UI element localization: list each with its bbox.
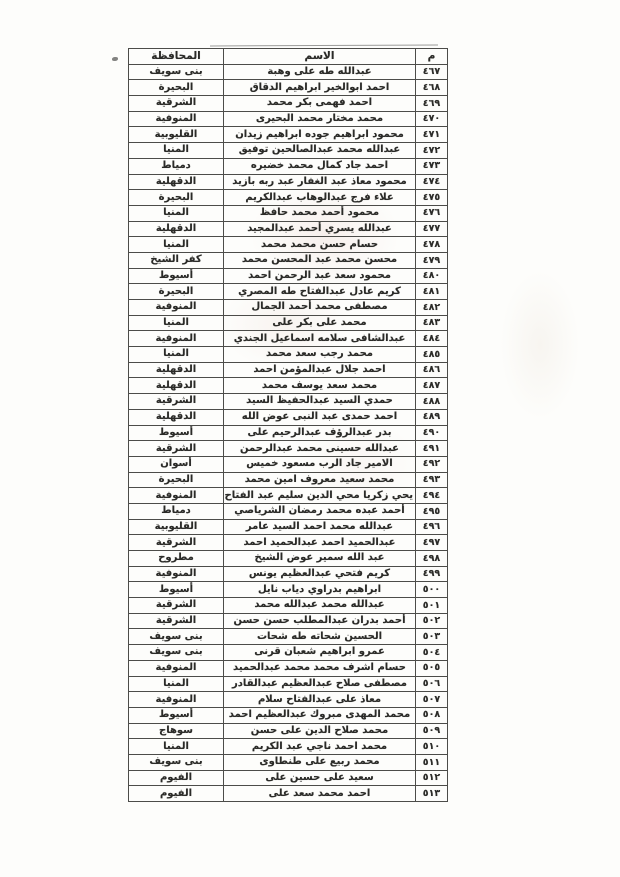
table-row: ٤٨١كريم عادل عبدالفتاح طه المصريالبحيرة	[129, 284, 448, 300]
cell-num: ٤٨٣	[416, 315, 448, 331]
cell-name: سعيد على حسين على	[224, 770, 416, 786]
cell-name: مصطفى محمد أحمد الجمال	[224, 300, 416, 316]
table-row: ٤٨٣محمد على بكر علىالمنيا	[129, 315, 448, 331]
cell-name: حسام اشرف محمد محمد عبدالحميد	[224, 660, 416, 676]
cell-gov: بنى سويف	[129, 645, 224, 661]
cell-name: محمد رجب سعد محمد	[224, 347, 416, 363]
cell-gov: أسيوط	[129, 582, 224, 598]
cell-name: احمد محمد سعد على	[224, 786, 416, 802]
cell-num: ٤٨١	[416, 284, 448, 300]
roster-table-container: م الاسم المحافظة ٤٦٧عبدالله طه على وهبةب…	[128, 48, 447, 802]
cell-num: ٤٧٩	[416, 252, 448, 268]
cell-gov: الشرقية	[129, 613, 224, 629]
cell-name: محمود معاذ عبد الغفار عبد ربه بازيد	[224, 174, 416, 190]
cell-name: عبدالله حسينى محمد عبدالرحمن	[224, 441, 416, 457]
table-row: ٥٠٦مصطفى صلاح عبدالعظيم عبدالقادرالمنيا	[129, 676, 448, 692]
cell-num: ٤٧١	[416, 127, 448, 143]
cell-name: احمد جاد كمال محمد خضيره	[224, 158, 416, 174]
cell-num: ٤٦٩	[416, 96, 448, 112]
table-row: ٥٠٥حسام اشرف محمد محمد عبدالحميدالمنوفية	[129, 660, 448, 676]
table-row: ٤٧٣احمد جاد كمال محمد خضيرهدمياط	[129, 158, 448, 174]
cell-num: ٤٩١	[416, 441, 448, 457]
cell-gov: المنوفية	[129, 331, 224, 347]
cell-num: ٤٩٣	[416, 472, 448, 488]
cell-name: محمد ربيع على طنطاوى	[224, 754, 416, 770]
cell-name: يحي زكريا محي الدين سليم عبد الفتاح	[224, 488, 416, 504]
table-row: ٤٧٤محمود معاذ عبد الغفار عبد ربه بازيدال…	[129, 174, 448, 190]
cell-num: ٥٠٩	[416, 723, 448, 739]
cell-num: ٤٨٧	[416, 378, 448, 394]
cell-name: محمد احمد ناجي عبد الكريم	[224, 739, 416, 755]
cell-name: عبدالشافى سلامه اسماعيل الجندي	[224, 331, 416, 347]
table-row: ٤٩٤يحي زكريا محي الدين سليم عبد الفتاحال…	[129, 488, 448, 504]
cell-name: بدر عبدالرؤف عبدالرحيم على	[224, 425, 416, 441]
cell-gov: المنوفية	[129, 566, 224, 582]
scan-smudge	[500, 270, 580, 420]
table-row: ٤٩٠بدر عبدالرؤف عبدالرحيم علىأسيوط	[129, 425, 448, 441]
header-number-column: م	[416, 49, 448, 65]
cell-num: ٤٦٧	[416, 64, 448, 80]
ink-speck	[112, 57, 118, 61]
cell-num: ٤٧٣	[416, 158, 448, 174]
cell-gov: أسيوط	[129, 268, 224, 284]
cell-num: ٥٠١	[416, 598, 448, 614]
cell-gov: القليوبية	[129, 519, 224, 535]
cell-gov: الدقهلية	[129, 221, 224, 237]
cell-num: ٤٩٥	[416, 503, 448, 519]
table-row: ٤٨٢مصطفى محمد أحمد الجمالالمنوفية	[129, 300, 448, 316]
cell-name: عبدالله محمد عبدالصالحين توفيق	[224, 143, 416, 159]
cell-name: محمود سعد عبد الرحمن احمد	[224, 268, 416, 284]
cell-num: ٤٩٠	[416, 425, 448, 441]
cell-name: محمد مختار محمد البحيرى	[224, 111, 416, 127]
cell-num: ٤٩٤	[416, 488, 448, 504]
cell-gov: البحيرة	[129, 190, 224, 206]
table-row: ٤٩٢الامير جاد الرب مسعود خميسأسوان	[129, 456, 448, 472]
cell-num: ٥١٣	[416, 786, 448, 802]
header-governorate-column: المحافظة	[129, 49, 224, 65]
cell-num: ٥١١	[416, 754, 448, 770]
cell-gov: الدقهلية	[129, 174, 224, 190]
table-row: ٤٩٧عبدالحميد احمد عبدالحميد احمدالشرقية	[129, 535, 448, 551]
cell-num: ٥٠٤	[416, 645, 448, 661]
cell-gov: المنوفية	[129, 111, 224, 127]
cell-gov: المنوفية	[129, 488, 224, 504]
table-row: ٤٩٩كريم فتحي عبدالعظيم يونسالمنوفية	[129, 566, 448, 582]
cell-name: احمد ابوالخير ابراهيم الدقاق	[224, 80, 416, 96]
cell-num: ٤٧٦	[416, 205, 448, 221]
table-row: ٤٦٩احمد فهمى بكر محمدالشرقية	[129, 96, 448, 112]
cell-gov: الدقهلية	[129, 409, 224, 425]
cell-name: كريم عادل عبدالفتاح طه المصري	[224, 284, 416, 300]
cell-num: ٤٦٨	[416, 80, 448, 96]
table-row: ٤٧٩محسن محمد عبد المحسن محمدكفر الشيخ	[129, 252, 448, 268]
cell-gov: القليوبية	[129, 127, 224, 143]
cell-gov: الشرقية	[129, 441, 224, 457]
cell-gov: الفيوم	[129, 770, 224, 786]
cell-num: ٥٠٣	[416, 629, 448, 645]
cell-name: عبدالله محمد عبدالله محمد	[224, 598, 416, 614]
table-row: ٥١١محمد ربيع على طنطاوىبنى سويف	[129, 754, 448, 770]
cell-name: عبدالله محمد احمد السيد عامر	[224, 519, 416, 535]
cell-num: ٥٠٦	[416, 676, 448, 692]
table-row: ٥٠٣الحسين شحاته طه شحاتبنى سويف	[129, 629, 448, 645]
cell-num: ٤٨٩	[416, 409, 448, 425]
table-row: ٥٠٢أحمد بدران عبدالمطلب حسن حسنالشرقية	[129, 613, 448, 629]
cell-gov: بنى سويف	[129, 754, 224, 770]
cell-num: ٤٨٢	[416, 300, 448, 316]
table-row: ٤٩٣محمد سعيد معروف امين محمدالبحيرة	[129, 472, 448, 488]
cell-name: محمد سعيد معروف امين محمد	[224, 472, 416, 488]
cell-name: محمود أحمد محمد حافظ	[224, 205, 416, 221]
table-row: ٤٨٩احمد حمدى عبد النبى عوض اللهالدقهلية	[129, 409, 448, 425]
cell-name: عمرو ابراهيم شعبان قرنى	[224, 645, 416, 661]
cell-num: ٤٨٠	[416, 268, 448, 284]
cell-num: ٥٠٨	[416, 707, 448, 723]
cell-num: ٤٧٥	[416, 190, 448, 206]
cell-name: عبدالله يسري أحمد عبدالمجيد	[224, 221, 416, 237]
cell-gov: البحيرة	[129, 80, 224, 96]
cell-gov: الشرقية	[129, 96, 224, 112]
cell-gov: أسيوط	[129, 707, 224, 723]
cell-num: ٤٨٦	[416, 362, 448, 378]
table-row: ٤٧١محمود ابراهيم جوده ابراهيم زيدانالقلي…	[129, 127, 448, 143]
table-row: ٥٠١عبدالله محمد عبدالله محمدالشرقية	[129, 598, 448, 614]
cell-gov: دمياط	[129, 503, 224, 519]
cell-num: ٤٧٤	[416, 174, 448, 190]
table-row: ٤٧٥علاء فرج عبدالوهاب عبدالكريمالبحيرة	[129, 190, 448, 206]
cell-name: محمد صلاح الدين على حسن	[224, 723, 416, 739]
cell-name: الحسين شحاته طه شحات	[224, 629, 416, 645]
table-row: ٤٩٥أحمد عبده محمد رمضان الشرياصيدمياط	[129, 503, 448, 519]
cell-name: كريم فتحي عبدالعظيم يونس	[224, 566, 416, 582]
cell-gov: بنى سويف	[129, 629, 224, 645]
cell-name: عبدالحميد احمد عبدالحميد احمد	[224, 535, 416, 551]
table-row: ٤٨٥محمد رجب سعد محمدالمنيا	[129, 347, 448, 363]
cell-num: ٤٨٤	[416, 331, 448, 347]
table-row: ٤٧٠محمد مختار محمد البحيرىالمنوفية	[129, 111, 448, 127]
cell-name: احمد حمدى عبد النبى عوض الله	[224, 409, 416, 425]
cell-name: أحمد عبده محمد رمضان الشرياصي	[224, 503, 416, 519]
table-row: ٤٩٨عبد الله سمير عوض الشيخمطروح	[129, 551, 448, 567]
cell-gov: المنيا	[129, 143, 224, 159]
cell-gov: أسوان	[129, 456, 224, 472]
cell-num: ٤٧٠	[416, 111, 448, 127]
cell-num: ٤٩٩	[416, 566, 448, 582]
cell-gov: المنيا	[129, 676, 224, 692]
table-row: ٤٩١عبدالله حسينى محمد عبدالرحمنالشرقية	[129, 441, 448, 457]
cell-name: حسام حسن محمد محمد	[224, 237, 416, 253]
table-row: ٤٨٤عبدالشافى سلامه اسماعيل الجنديالمنوفي…	[129, 331, 448, 347]
cell-name: محمود ابراهيم جوده ابراهيم زيدان	[224, 127, 416, 143]
cell-gov: دمياط	[129, 158, 224, 174]
cell-num: ٥٠٥	[416, 660, 448, 676]
cell-num: ٥٠٠	[416, 582, 448, 598]
table-row: ٤٨٠محمود سعد عبد الرحمن احمدأسيوط	[129, 268, 448, 284]
cell-gov: الشرقية	[129, 535, 224, 551]
table-row: ٤٨٨حمدي السيد عبدالحفيظ السيدالشرقية	[129, 394, 448, 410]
cell-name: عبدالله طه على وهبة	[224, 64, 416, 80]
cell-name: محمد على بكر على	[224, 315, 416, 331]
cell-gov: المنيا	[129, 739, 224, 755]
cell-name: عبد الله سمير عوض الشيخ	[224, 551, 416, 567]
table-row: ٥١٠محمد احمد ناجي عبد الكريمالمنيا	[129, 739, 448, 755]
cell-gov: المنيا	[129, 347, 224, 363]
cell-name: احمد فهمى بكر محمد	[224, 96, 416, 112]
cell-num: ٥٠٢	[416, 613, 448, 629]
table-row: ٤٧٦محمود أحمد محمد حافظالمنيا	[129, 205, 448, 221]
cell-num: ٤٩٢	[416, 456, 448, 472]
cell-gov: المنوفية	[129, 300, 224, 316]
cell-name: الامير جاد الرب مسعود خميس	[224, 456, 416, 472]
table-row: ٤٨٧محمد سعد يوسف محمدالدقهلية	[129, 378, 448, 394]
table-row: ٥٠٤عمرو ابراهيم شعبان قرنىبنى سويف	[129, 645, 448, 661]
header-name-column: الاسم	[224, 49, 416, 65]
cell-name: محمد المهدى مبروك عبدالعظيم احمد	[224, 707, 416, 723]
scan-artifact-line	[210, 45, 438, 47]
cell-name: مصطفى صلاح عبدالعظيم عبدالقادر	[224, 676, 416, 692]
cell-name: حمدي السيد عبدالحفيظ السيد	[224, 394, 416, 410]
cell-name: محمد سعد يوسف محمد	[224, 378, 416, 394]
cell-num: ٤٧٧	[416, 221, 448, 237]
cell-gov: الدقهلية	[129, 378, 224, 394]
cell-num: ٤٩٦	[416, 519, 448, 535]
table-row: ٤٦٨احمد ابوالخير ابراهيم الدقاقالبحيرة	[129, 80, 448, 96]
table-row: ٥٠٨محمد المهدى مبروك عبدالعظيم احمدأسيوط	[129, 707, 448, 723]
cell-gov: الشرقية	[129, 598, 224, 614]
cell-gov: المنيا	[129, 205, 224, 221]
cell-name: احمد جلال عبدالمؤمن احمد	[224, 362, 416, 378]
roster-table: م الاسم المحافظة ٤٦٧عبدالله طه على وهبةب…	[128, 48, 448, 802]
scanned-document-page: م الاسم المحافظة ٤٦٧عبدالله طه على وهبةب…	[0, 0, 620, 877]
cell-gov: مطروح	[129, 551, 224, 567]
table-header-row: م الاسم المحافظة	[129, 49, 448, 65]
table-row: ٥١٢سعيد على حسين علىالفيوم	[129, 770, 448, 786]
cell-gov: بنى سويف	[129, 64, 224, 80]
cell-name: علاء فرج عبدالوهاب عبدالكريم	[224, 190, 416, 206]
table-row: ٥١٣احمد محمد سعد علىالفيوم	[129, 786, 448, 802]
cell-gov: البحيرة	[129, 472, 224, 488]
table-row: ٥٠٩محمد صلاح الدين على حسنسوهاج	[129, 723, 448, 739]
table-row: ٤٩٦عبدالله محمد احمد السيد عامرالقليوبية	[129, 519, 448, 535]
cell-num: ٤٧٢	[416, 143, 448, 159]
table-row: ٤٨٦احمد جلال عبدالمؤمن احمدالدقهلية	[129, 362, 448, 378]
cell-gov: المنيا	[129, 315, 224, 331]
cell-gov: أسيوط	[129, 425, 224, 441]
cell-gov: المنيا	[129, 237, 224, 253]
cell-name: ابراهيم بدراوي دياب نايل	[224, 582, 416, 598]
table-row: ٤٧٨حسام حسن محمد محمدالمنيا	[129, 237, 448, 253]
cell-num: ٥١٠	[416, 739, 448, 755]
cell-num: ٤٩٨	[416, 551, 448, 567]
cell-num: ٤٨٨	[416, 394, 448, 410]
table-row: ٤٦٧عبدالله طه على وهبةبنى سويف	[129, 64, 448, 80]
cell-num: ٤٩٧	[416, 535, 448, 551]
cell-num: ٥٠٧	[416, 692, 448, 708]
cell-gov: سوهاج	[129, 723, 224, 739]
cell-num: ٤٧٨	[416, 237, 448, 253]
table-row: ٤٧٢عبدالله محمد عبدالصالحين توفيقالمنيا	[129, 143, 448, 159]
cell-name: أحمد بدران عبدالمطلب حسن حسن	[224, 613, 416, 629]
cell-name: معاذ على عبدالفتاح سلام	[224, 692, 416, 708]
cell-gov: البحيرة	[129, 284, 224, 300]
table-row: ٤٧٧عبدالله يسري أحمد عبدالمجيدالدقهلية	[129, 221, 448, 237]
cell-gov: الشرقية	[129, 394, 224, 410]
table-row: ٥٠٠ابراهيم بدراوي دياب نايلأسيوط	[129, 582, 448, 598]
cell-gov: المنوفية	[129, 692, 224, 708]
cell-gov: المنوفية	[129, 660, 224, 676]
cell-gov: الدقهلية	[129, 362, 224, 378]
cell-num: ٤٨٥	[416, 347, 448, 363]
cell-name: محسن محمد عبد المحسن محمد	[224, 252, 416, 268]
cell-gov: الفيوم	[129, 786, 224, 802]
cell-num: ٥١٢	[416, 770, 448, 786]
cell-gov: كفر الشيخ	[129, 252, 224, 268]
table-row: ٥٠٧معاذ على عبدالفتاح سلامالمنوفية	[129, 692, 448, 708]
